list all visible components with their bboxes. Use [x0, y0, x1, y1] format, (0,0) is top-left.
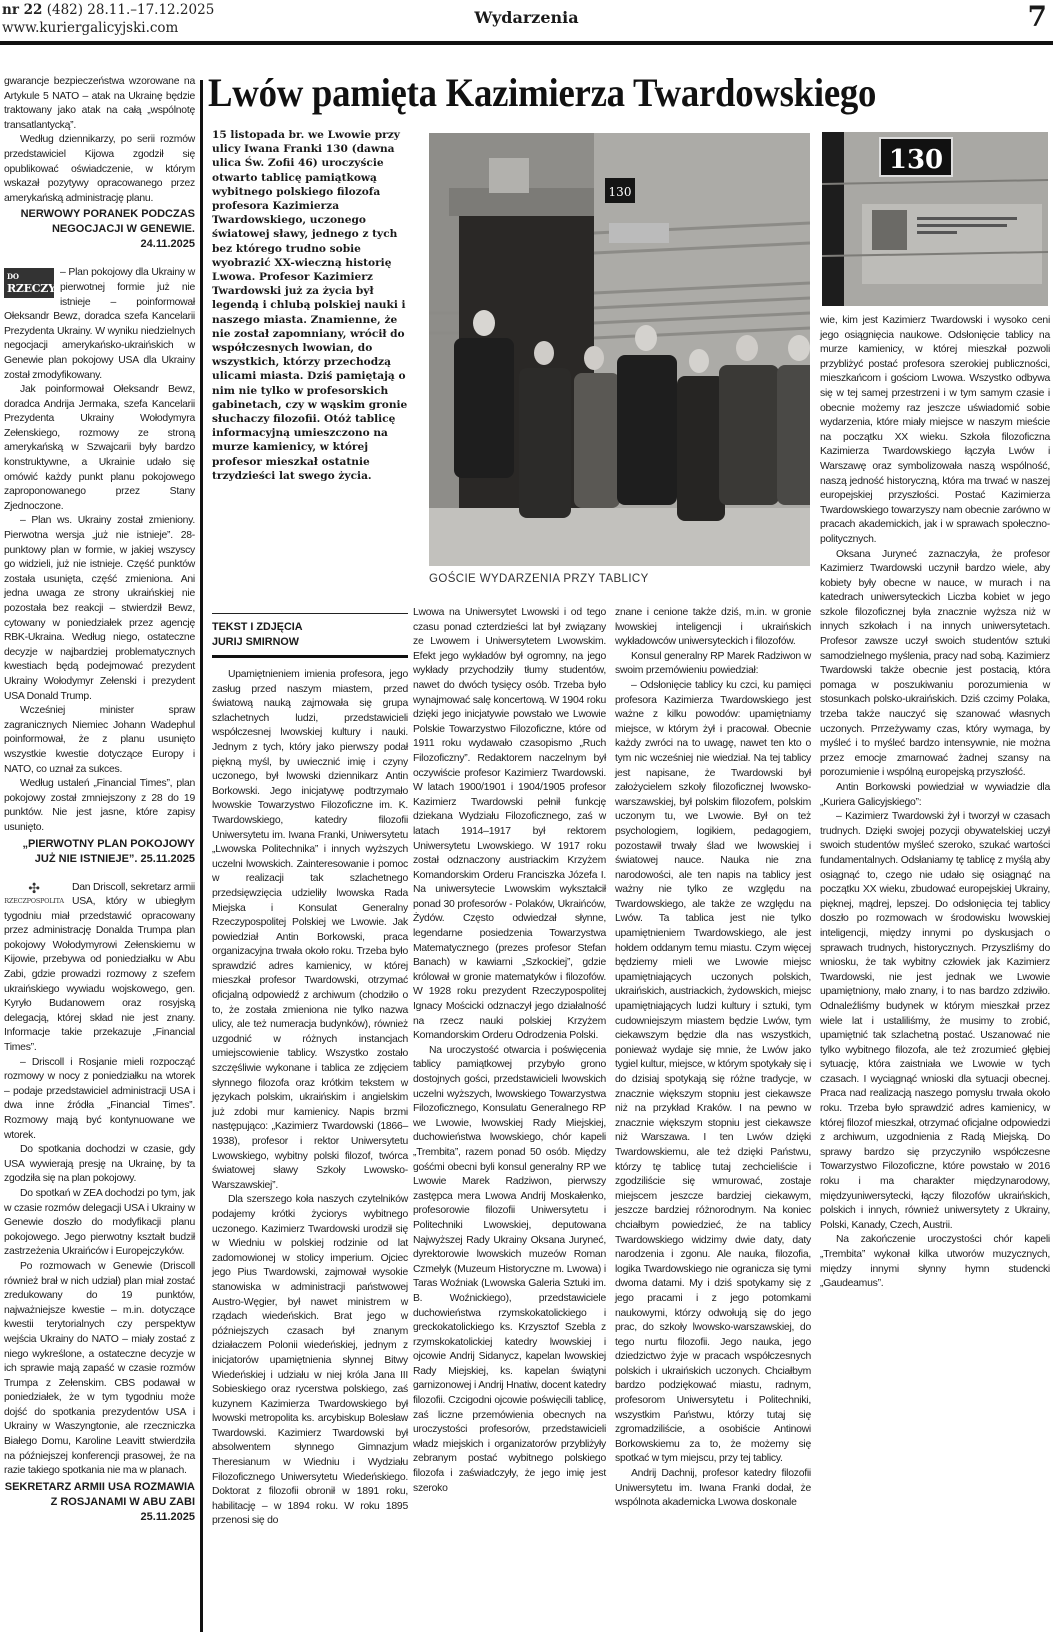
- group-photo-image: 130: [429, 133, 810, 566]
- article-paragraph: wie, kim jest Kazimierz Twardowski i wys…: [820, 314, 1050, 548]
- article-paragraph: Andrij Dachnij, profesor katedry filozof…: [615, 1467, 811, 1511]
- plaque-photo-image: 130: [822, 132, 1048, 306]
- article-paragraph: znane i cenione także dziś, m.in. w gron…: [615, 606, 811, 650]
- page-number: 7: [1028, 0, 1047, 34]
- article-paragraph: Oksana Juryneć zaznaczyła, że profesor K…: [820, 548, 1050, 782]
- article-headline: Lwów pamięta Kazimierza Twardowskiego: [208, 70, 985, 116]
- article-paragraph: – Kazimierz Twardowski żył i tworzył w c…: [820, 810, 1050, 1233]
- logo-rzeczy: RZECZY: [7, 282, 56, 295]
- article-paragraph: – Odsłonięcie tablicy ku czci, ku pamięc…: [615, 679, 811, 1467]
- sidebar-subhead: NERWOWY PORANEK PODCZAS NEGOCJACJI W GEN…: [4, 207, 195, 252]
- sidebar-paragraph: Po rozmowach w Genewie (Driscoll również…: [4, 1260, 195, 1479]
- article-lead: 15 listopada br. we Lwowie przy ulicy Iw…: [212, 128, 408, 483]
- sidebar-paragraph: Jak poinformował Ołeksandr Bewz, doradca…: [4, 383, 195, 514]
- article-column-4: wie, kim jest Kazimierz Twardowski i wys…: [820, 314, 1050, 1292]
- section-title: Wydarzenia: [0, 8, 1053, 27]
- article-paragraph: Konsul generalny RP Marek Radziwon w swo…: [615, 650, 811, 679]
- byline-rule: [212, 655, 408, 658]
- do-rzeczy-logo: DORZECZY: [4, 268, 54, 298]
- photo-caption: GOŚCIE WYDARZENIA PRZY TABLICY: [429, 573, 649, 585]
- logo-text: RZECZPOSPOLITA: [4, 897, 64, 905]
- page-masthead: nr 22 (482) 28.11.–17.12.2025 www.kurier…: [0, 0, 1053, 46]
- eagle-icon: ✣: [4, 881, 64, 897]
- byline-label: TEKST I ZDJĘCIA: [212, 620, 408, 635]
- article-paragraph: Antin Borkowski powiedział w wywiadzie d…: [820, 781, 1050, 810]
- sidebar-subhead: „PIERWOTNY PLAN POKOJOWY JUŻ NIE ISTNIEJ…: [4, 837, 195, 867]
- article-paragraph: Lwowa na Uniwersytet Lwowski i od tego c…: [413, 606, 606, 1044]
- sidebar-paragraph: Wcześniej minister spraw zagranicznych N…: [4, 704, 195, 777]
- column-divider: [200, 80, 203, 1632]
- article-paragraph: Upamiętnieniem imienia profesora, jego z…: [212, 668, 408, 1193]
- sidebar-paragraph: – Plan ws. Ukrainy został zmieniony. Pie…: [4, 514, 195, 704]
- byline: TEKST I ZDJĘCIA JURIJ SMIRNOW: [212, 613, 408, 649]
- article-column-1: Upamiętnieniem imienia profesora, jego z…: [212, 668, 408, 1529]
- sidebar-paragraph: Według ustaleń „Financial Times”, plan p…: [4, 777, 195, 835]
- group-photo: 130: [429, 133, 810, 566]
- article-column-3: znane i cenione także dziś, m.in. w gron…: [615, 606, 811, 1511]
- article-column-2: Lwowa na Uniwersytet Lwowski i od tego c…: [413, 606, 606, 1496]
- sidebar-subhead: SEKRETARZ ARMII USA ROZMAWIA Z ROSJANAMI…: [4, 1480, 195, 1525]
- sidebar-paragraph: – Driscoll i Rosjanie mieli rozpocząć ro…: [4, 1056, 195, 1144]
- sidebar-paragraph: gwarancje bezpieczeństwa wzorowane na Ar…: [4, 75, 195, 133]
- sidebar-paragraph: Do spotkania dochodzi w czasie, gdy USA …: [4, 1143, 195, 1187]
- rzeczpospolita-logo: ✣RZECZPOSPOLITA: [4, 881, 64, 909]
- article-paragraph: Na zakończenie uroczystości chór kapeli …: [820, 1233, 1050, 1291]
- sidebar-paragraph: Do spotkań w ZEA dochodzi po tym, jak w …: [4, 1187, 195, 1260]
- masthead-rule: [0, 41, 1053, 45]
- byline-author: JURIJ SMIRNOW: [212, 635, 408, 650]
- svg-text:130: 130: [889, 145, 943, 175]
- sidebar-column: gwarancje bezpieczeństwa wzorowane na Ar…: [4, 75, 195, 1525]
- article-paragraph: Na uroczystość otwarcia i poświęcenia ta…: [413, 1044, 606, 1496]
- article-paragraph: Dla szerszego koła naszych czytelników p…: [212, 1193, 408, 1529]
- sidebar-paragraph: Według dziennikarzy, po serii rozmów prz…: [4, 133, 195, 206]
- svg-text:130: 130: [609, 185, 632, 199]
- plaque-photo: 130: [822, 132, 1048, 306]
